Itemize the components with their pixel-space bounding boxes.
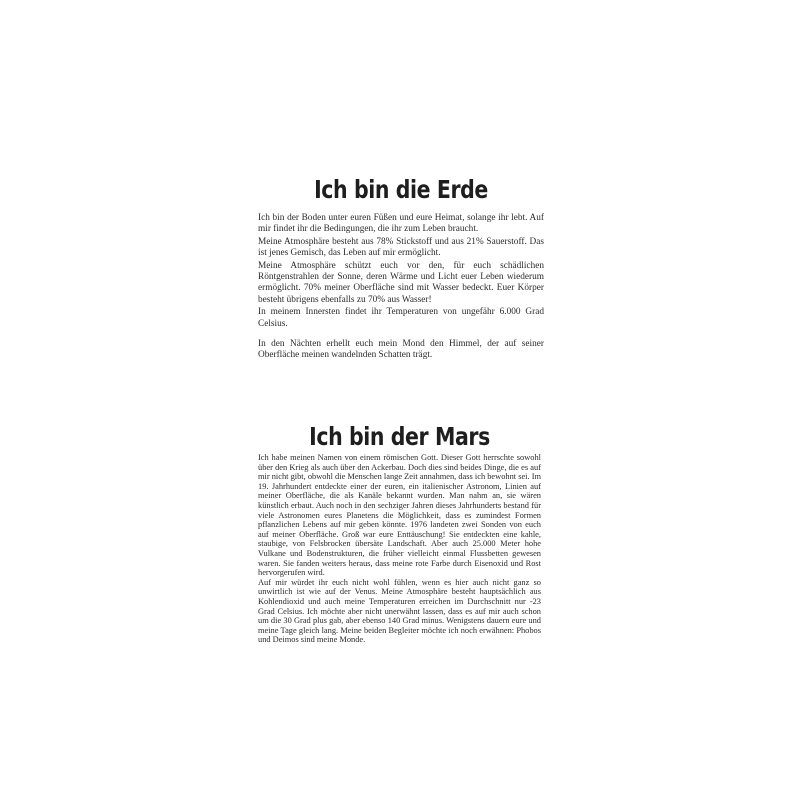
earth-section: Ich bin die Erde Ich bin der Boden unter… bbox=[258, 174, 544, 361]
earth-title: Ich bin die Erde bbox=[284, 174, 519, 208]
earth-paragraph: Meine Atmosphäre besteht aus 78% Stickst… bbox=[258, 237, 544, 259]
mars-paragraph: Ich habe meinen Namen von einem römische… bbox=[258, 453, 541, 578]
earth-body: Ich bin der Boden unter euren Füßen und … bbox=[258, 213, 544, 361]
earth-paragraph: Ich bin der Boden unter euren Füßen und … bbox=[258, 213, 544, 235]
earth-paragraph: In meinem Innersten findet ihr Temperatu… bbox=[258, 307, 544, 329]
earth-paragraph: In den Nächten erhellt euch mein Mond de… bbox=[258, 339, 544, 361]
earth-paragraph: Meine Atmosphäre schützt euch vor den, f… bbox=[258, 261, 544, 306]
mars-section: Ich bin der Mars Ich habe meinen Namen v… bbox=[258, 422, 541, 645]
mars-paragraph: Auf mir würdet ihr euch nicht wohl fühle… bbox=[258, 578, 541, 645]
mars-title: Ich bin der Mars bbox=[283, 422, 515, 452]
mars-body: Ich habe meinen Namen von einem römische… bbox=[258, 453, 541, 645]
